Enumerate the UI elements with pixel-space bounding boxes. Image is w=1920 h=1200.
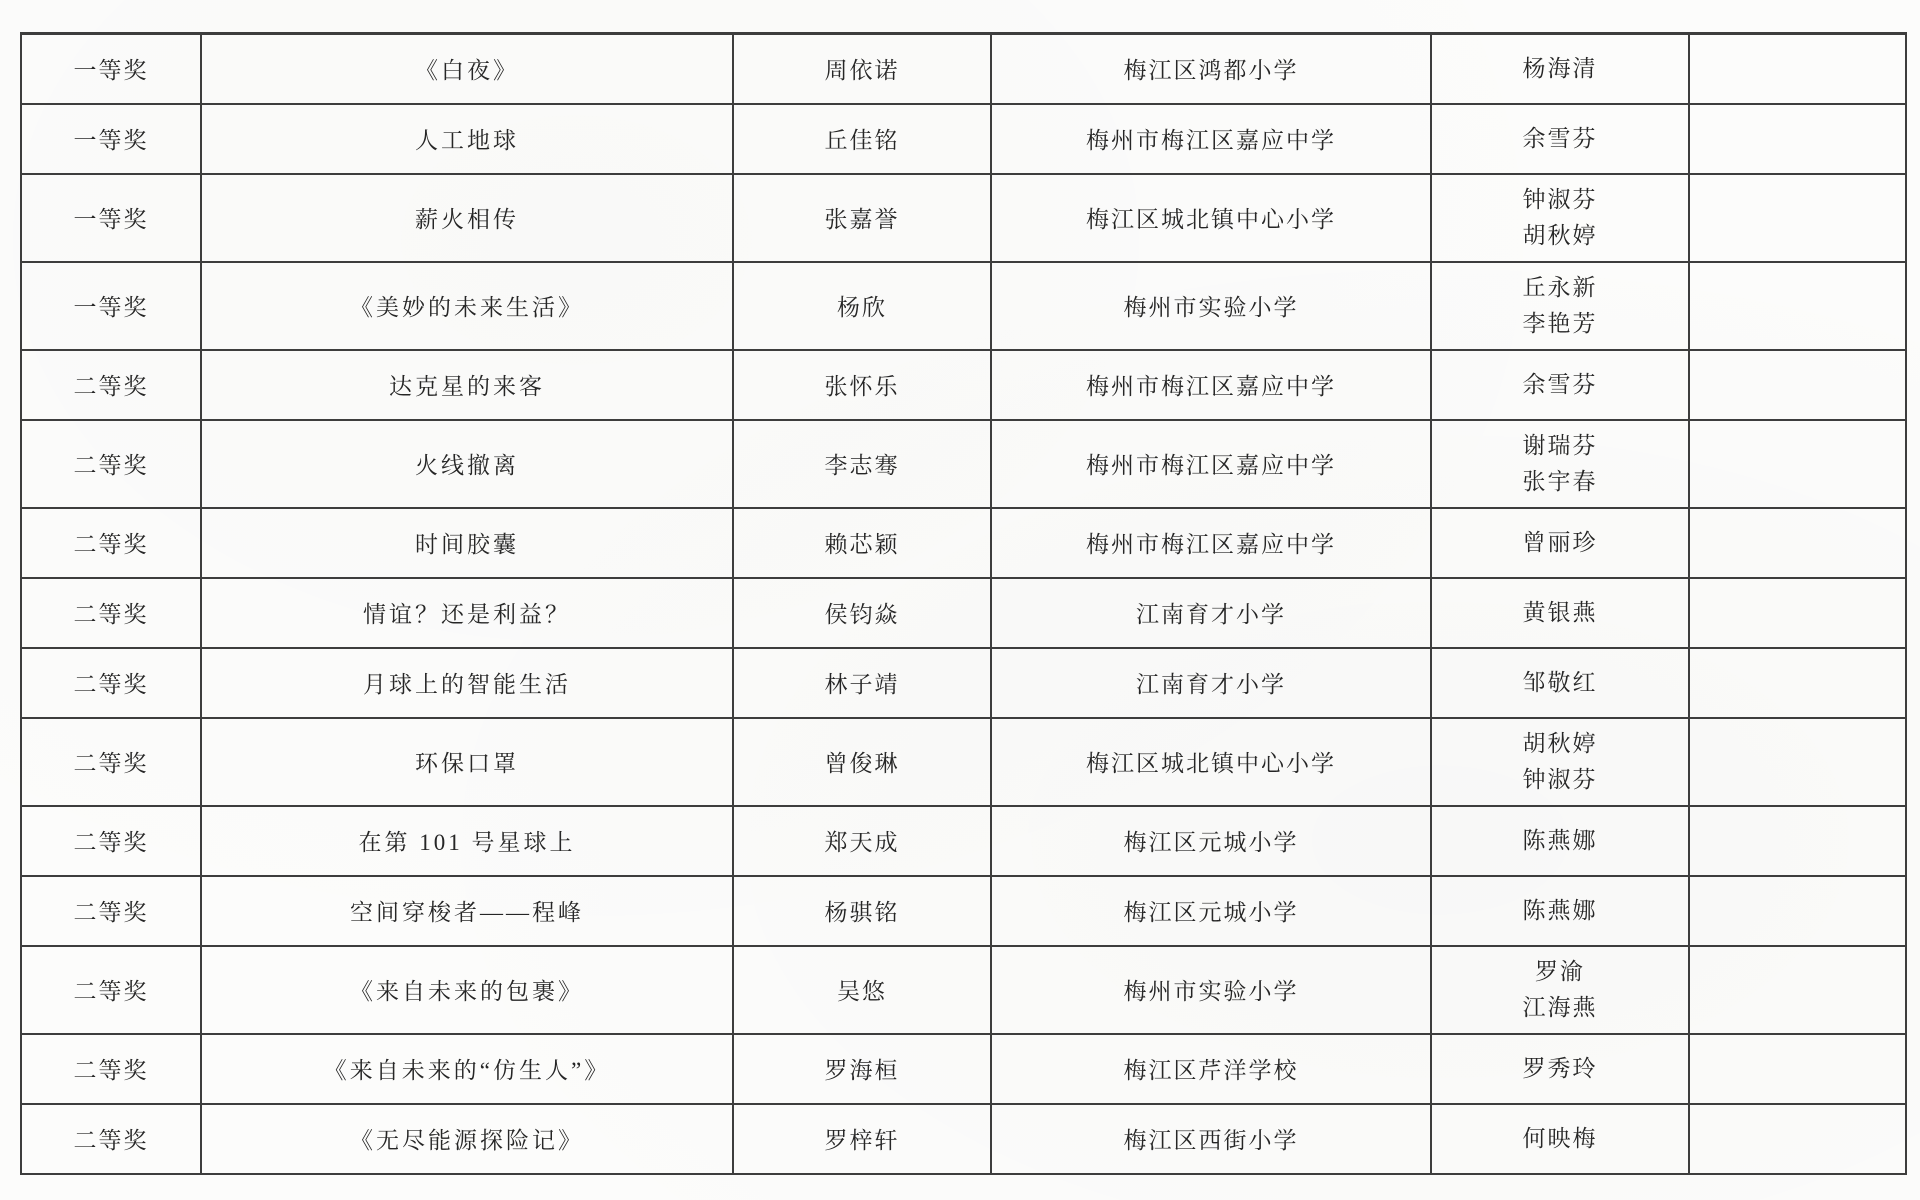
- empty-cell: [1689, 104, 1906, 174]
- table-row: 一等奖 《美妙的未来生活》 杨欣 梅州市实验小学 丘永新 李艳芳: [21, 262, 1906, 350]
- teacher-cell: 胡秋婷 钟淑芬: [1431, 718, 1689, 806]
- author-cell: 曾俊琳: [733, 718, 991, 806]
- work-title-cell: 达克星的来客: [201, 350, 733, 420]
- teacher-cell: 钟淑芬 胡秋婷: [1431, 174, 1689, 262]
- table-row: 二等奖 月球上的智能生活 林子靖 江南育才小学 邹敬红: [21, 648, 1906, 718]
- work-title-cell: 火线撤离: [201, 420, 733, 508]
- teacher-cell: 杨海清: [1431, 34, 1689, 104]
- table-row: 二等奖 在第 101 号星球上 郑天成 梅江区元城小学 陈燕娜: [21, 806, 1906, 876]
- table-row: 二等奖 达克星的来客 张怀乐 梅州市梅江区嘉应中学 余雪芬: [21, 350, 1906, 420]
- table-row: 二等奖 《来自未来的“仿生人”》 罗海桓 梅江区芹洋学校 罗秀玲: [21, 1034, 1906, 1104]
- awards-table-body: 一等奖 《白夜》 周依诺 梅江区鸿都小学 杨海清 一等奖 人工地球 丘佳铭 梅州…: [21, 34, 1906, 1174]
- empty-cell: [1689, 578, 1906, 648]
- work-title-cell: 《美妙的未来生活》: [201, 262, 733, 350]
- award-level-cell: 二等奖: [21, 508, 201, 578]
- school-cell: 梅州市实验小学: [991, 946, 1431, 1034]
- author-cell: 张嘉誉: [733, 174, 991, 262]
- school-cell: 梅州市梅江区嘉应中学: [991, 104, 1431, 174]
- author-cell: 丘佳铭: [733, 104, 991, 174]
- work-title-cell: 情谊？还是利益？: [201, 578, 733, 648]
- empty-cell: [1689, 946, 1906, 1034]
- school-cell: 梅江区鸿都小学: [991, 34, 1431, 104]
- work-title-cell: 薪火相传: [201, 174, 733, 262]
- empty-cell: [1689, 648, 1906, 718]
- school-cell: 江南育才小学: [991, 578, 1431, 648]
- award-level-cell: 二等奖: [21, 1104, 201, 1174]
- table-row: 二等奖 空间穿梭者——程峰 杨骐铭 梅江区元城小学 陈燕娜: [21, 876, 1906, 946]
- table-row: 二等奖 《来自未来的包裹》 吴悠 梅州市实验小学 罗渝 江海燕: [21, 946, 1906, 1034]
- award-level-cell: 二等奖: [21, 578, 201, 648]
- school-cell: 梅江区城北镇中心小学: [991, 718, 1431, 806]
- school-cell: 梅州市实验小学: [991, 262, 1431, 350]
- teacher-cell: 陈燕娜: [1431, 876, 1689, 946]
- empty-cell: [1689, 1104, 1906, 1174]
- empty-cell: [1689, 508, 1906, 578]
- award-level-cell: 二等奖: [21, 420, 201, 508]
- table-row: 一等奖 《白夜》 周依诺 梅江区鸿都小学 杨海清: [21, 34, 1906, 104]
- award-level-cell: 二等奖: [21, 648, 201, 718]
- empty-cell: [1689, 806, 1906, 876]
- table-row: 二等奖 环保口罩 曾俊琳 梅江区城北镇中心小学 胡秋婷 钟淑芬: [21, 718, 1906, 806]
- teacher-cell: 黄银燕: [1431, 578, 1689, 648]
- work-title-cell: 月球上的智能生活: [201, 648, 733, 718]
- author-cell: 侯钧焱: [733, 578, 991, 648]
- empty-cell: [1689, 718, 1906, 806]
- award-level-cell: 一等奖: [21, 262, 201, 350]
- empty-cell: [1689, 350, 1906, 420]
- table-row: 二等奖 火线撤离 李志骞 梅州市梅江区嘉应中学 谢瑞芬 张宇春: [21, 420, 1906, 508]
- table-row: 一等奖 薪火相传 张嘉誉 梅江区城北镇中心小学 钟淑芬 胡秋婷: [21, 174, 1906, 262]
- awards-table: 一等奖 《白夜》 周依诺 梅江区鸿都小学 杨海清 一等奖 人工地球 丘佳铭 梅州…: [20, 32, 1907, 1175]
- author-cell: 赖芯颖: [733, 508, 991, 578]
- award-level-cell: 二等奖: [21, 876, 201, 946]
- scanned-document-page: 一等奖 《白夜》 周依诺 梅江区鸿都小学 杨海清 一等奖 人工地球 丘佳铭 梅州…: [0, 0, 1920, 1200]
- teacher-cell: 陈燕娜: [1431, 806, 1689, 876]
- empty-cell: [1689, 876, 1906, 946]
- empty-cell: [1689, 420, 1906, 508]
- work-title-cell: 《来自未来的包裹》: [201, 946, 733, 1034]
- teacher-cell: 谢瑞芬 张宇春: [1431, 420, 1689, 508]
- work-title-cell: 在第 101 号星球上: [201, 806, 733, 876]
- author-cell: 杨欣: [733, 262, 991, 350]
- author-cell: 罗海桓: [733, 1034, 991, 1104]
- award-level-cell: 二等奖: [21, 718, 201, 806]
- award-level-cell: 一等奖: [21, 34, 201, 104]
- school-cell: 梅江区城北镇中心小学: [991, 174, 1431, 262]
- author-cell: 张怀乐: [733, 350, 991, 420]
- school-cell: 江南育才小学: [991, 648, 1431, 718]
- empty-cell: [1689, 1034, 1906, 1104]
- award-level-cell: 二等奖: [21, 1034, 201, 1104]
- award-level-cell: 二等奖: [21, 946, 201, 1034]
- author-cell: 林子靖: [733, 648, 991, 718]
- author-cell: 周依诺: [733, 34, 991, 104]
- author-cell: 吴悠: [733, 946, 991, 1034]
- school-cell: 梅江区元城小学: [991, 806, 1431, 876]
- author-cell: 郑天成: [733, 806, 991, 876]
- school-cell: 梅江区西街小学: [991, 1104, 1431, 1174]
- teacher-cell: 何映梅: [1431, 1104, 1689, 1174]
- work-title-cell: 空间穿梭者——程峰: [201, 876, 733, 946]
- author-cell: 李志骞: [733, 420, 991, 508]
- teacher-cell: 罗渝 江海燕: [1431, 946, 1689, 1034]
- work-title-cell: 环保口罩: [201, 718, 733, 806]
- teacher-cell: 余雪芬: [1431, 350, 1689, 420]
- school-cell: 梅州市梅江区嘉应中学: [991, 420, 1431, 508]
- empty-cell: [1689, 174, 1906, 262]
- work-title-cell: 人工地球: [201, 104, 733, 174]
- table-row: 二等奖 情谊？还是利益？ 侯钧焱 江南育才小学 黄银燕: [21, 578, 1906, 648]
- award-level-cell: 二等奖: [21, 350, 201, 420]
- school-cell: 梅州市梅江区嘉应中学: [991, 350, 1431, 420]
- teacher-cell: 邹敬红: [1431, 648, 1689, 718]
- school-cell: 梅州市梅江区嘉应中学: [991, 508, 1431, 578]
- table-row: 二等奖 时间胶囊 赖芯颖 梅州市梅江区嘉应中学 曾丽珍: [21, 508, 1906, 578]
- work-title-cell: 《来自未来的“仿生人”》: [201, 1034, 733, 1104]
- table-row: 一等奖 人工地球 丘佳铭 梅州市梅江区嘉应中学 余雪芬: [21, 104, 1906, 174]
- author-cell: 罗梓轩: [733, 1104, 991, 1174]
- work-title-cell: 时间胶囊: [201, 508, 733, 578]
- teacher-cell: 丘永新 李艳芳: [1431, 262, 1689, 350]
- empty-cell: [1689, 262, 1906, 350]
- teacher-cell: 曾丽珍: [1431, 508, 1689, 578]
- teacher-cell: 余雪芬: [1431, 104, 1689, 174]
- school-cell: 梅江区元城小学: [991, 876, 1431, 946]
- work-title-cell: 《白夜》: [201, 34, 733, 104]
- teacher-cell: 罗秀玲: [1431, 1034, 1689, 1104]
- award-level-cell: 一等奖: [21, 174, 201, 262]
- author-cell: 杨骐铭: [733, 876, 991, 946]
- award-level-cell: 一等奖: [21, 104, 201, 174]
- work-title-cell: 《无尽能源探险记》: [201, 1104, 733, 1174]
- school-cell: 梅江区芹洋学校: [991, 1034, 1431, 1104]
- award-level-cell: 二等奖: [21, 806, 201, 876]
- table-row: 二等奖 《无尽能源探险记》 罗梓轩 梅江区西街小学 何映梅: [21, 1104, 1906, 1174]
- empty-cell: [1689, 34, 1906, 104]
